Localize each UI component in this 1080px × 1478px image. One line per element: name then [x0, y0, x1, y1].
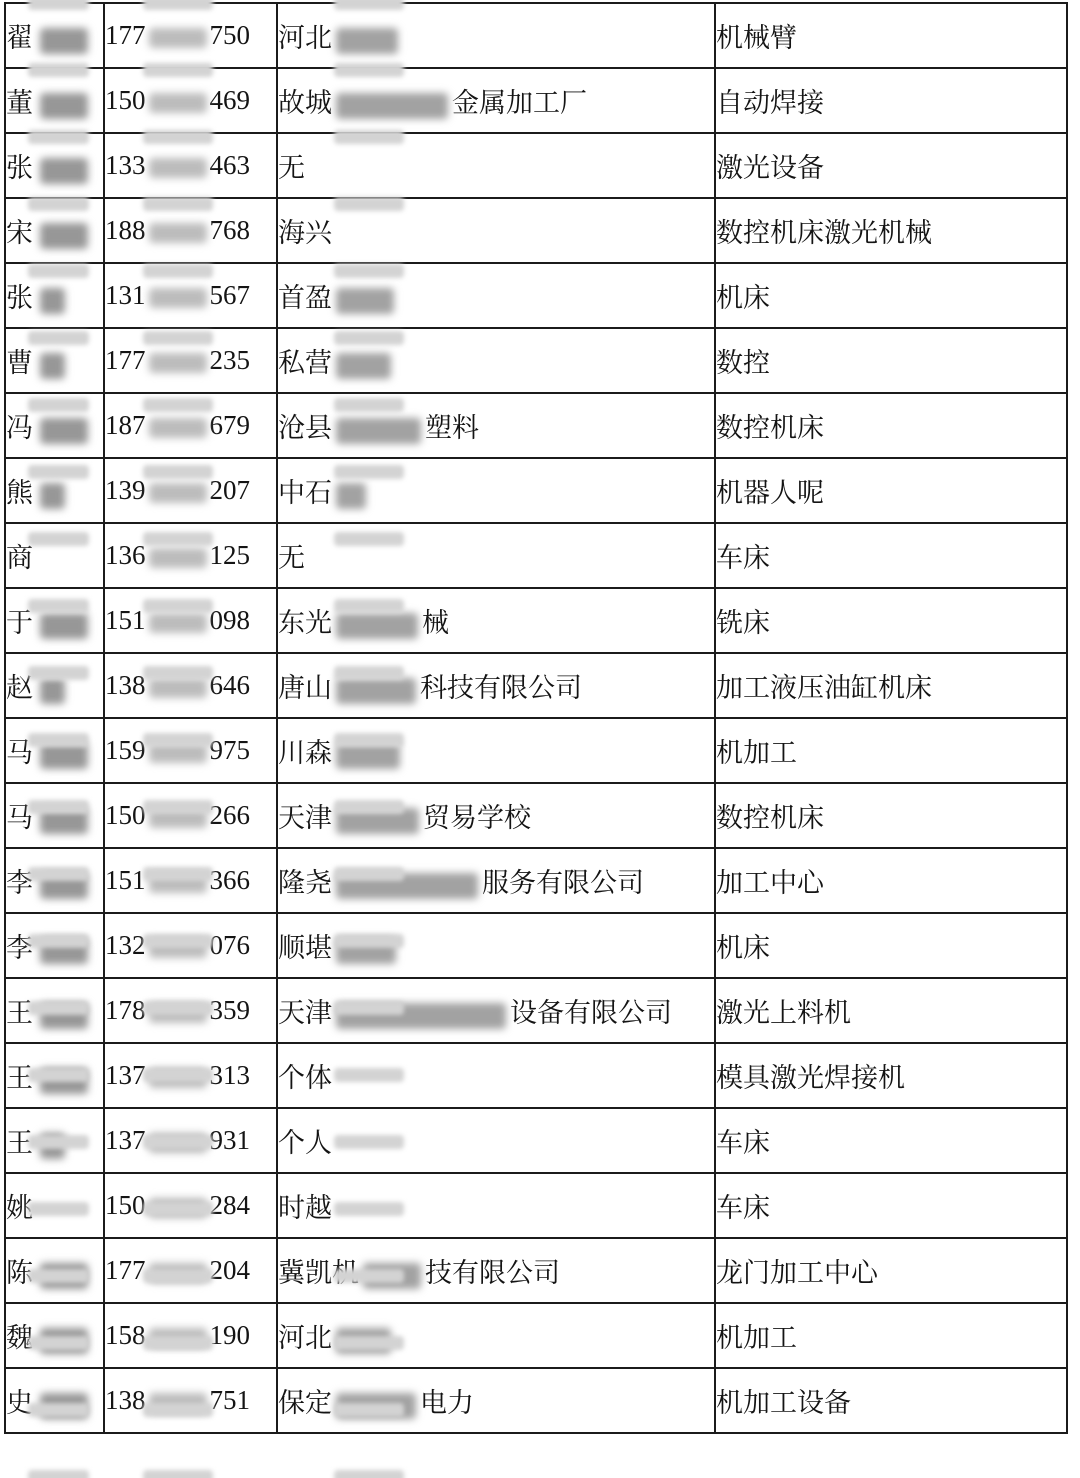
product-cell: 数控机床激光机械 [715, 198, 1067, 263]
blur-redaction-patch [143, 465, 213, 479]
blur-redaction-patch [143, 733, 213, 747]
phone-redaction-blob [149, 678, 207, 698]
surname-text: 冯 [6, 413, 33, 443]
phone-suffix-text: 284 [210, 1190, 251, 1220]
blur-redaction-patch [334, 1403, 404, 1417]
name-redaction-blob [40, 223, 88, 249]
name-redaction-blob [40, 678, 65, 704]
blur-redaction-patch [334, 934, 404, 948]
name-redaction-blob [40, 288, 65, 314]
product-cell: 模具激光焊接机 [715, 1043, 1067, 1108]
scanned-contact-table-page: 翟177750河北机械臂董150469故城金属加工厂自动焊接张133463无激光… [0, 0, 1080, 1478]
blur-redaction-patch [334, 130, 404, 144]
phone-redaction-blob [149, 483, 207, 503]
product-text: 车床 [716, 1128, 770, 1158]
blur-redaction-patch [143, 331, 213, 345]
phone-redaction-blob [149, 353, 207, 373]
phone-suffix-text: 098 [210, 605, 251, 635]
table-row: 马150266天津贸易学校数控机床 [5, 783, 1067, 848]
product-text: 加工液压油缸机床 [716, 673, 932, 703]
blur-redaction-patch [334, 599, 404, 613]
phone-suffix-text: 204 [210, 1255, 251, 1285]
blur-redaction-patch [28, 1403, 89, 1417]
phone-suffix-text: 359 [210, 995, 251, 1025]
phone-suffix-text: 567 [210, 280, 251, 310]
product-text: 激光上料机 [716, 998, 851, 1028]
product-cell: 机加工 [715, 1303, 1067, 1368]
blur-redaction-patch [334, 733, 404, 747]
company-suffix-text: 贸易学校 [423, 803, 531, 833]
product-cell: 机加工设备 [715, 1368, 1067, 1433]
company-prefix-text: 时越 [278, 1193, 332, 1223]
product-cell: 加工液压油缸机床 [715, 653, 1067, 718]
phone-suffix-text: 076 [210, 930, 251, 960]
blur-redaction-patch [143, 264, 213, 278]
blur-redaction-patch [143, 1135, 213, 1149]
phone-suffix-text: 768 [210, 215, 251, 245]
phone-suffix-text: 646 [210, 670, 251, 700]
phone-prefix-text: 150 [105, 800, 146, 830]
phone-prefix-text: 158 [105, 1320, 146, 1350]
blur-redaction-patch [143, 1001, 213, 1015]
phone-prefix-text: 187 [105, 410, 146, 440]
company-suffix-text: 电力 [420, 1388, 474, 1418]
name-redaction-blob [40, 613, 88, 639]
name-cell: 董 [5, 68, 104, 133]
company-redaction-blob [336, 613, 418, 639]
product-text: 车床 [716, 1193, 770, 1223]
blur-redaction-patch [28, 465, 89, 479]
name-redaction-blob [40, 483, 65, 509]
blur-redaction-patch [28, 800, 89, 814]
phone-prefix-text: 131 [105, 280, 146, 310]
phone-cell: 177750 [104, 3, 277, 68]
blur-redaction-patch [334, 1470, 404, 1478]
product-cell: 车床 [715, 1173, 1067, 1238]
company-redaction-blob [336, 288, 394, 314]
blur-redaction-patch [143, 934, 213, 948]
company-prefix-text: 河北 [278, 23, 332, 53]
product-cell: 自动焊接 [715, 68, 1067, 133]
blur-redaction-patch [143, 532, 213, 546]
phone-prefix-text: 137 [105, 1125, 146, 1155]
phone-prefix-text: 159 [105, 735, 146, 765]
company-suffix-text: 械 [422, 608, 449, 638]
product-text: 机加工设备 [716, 1388, 851, 1418]
product-cell: 数控机床 [715, 783, 1067, 848]
company-cell: 保定电力 [277, 1368, 715, 1433]
phone-suffix-text: 469 [210, 85, 251, 115]
company-prefix-text: 天津 [278, 803, 332, 833]
name-cell: 马 [5, 718, 104, 783]
blur-redaction-patch [28, 331, 89, 345]
phone-prefix-text: 150 [105, 85, 146, 115]
product-cell: 龙门加工中心 [715, 1238, 1067, 1303]
phone-prefix-text: 177 [105, 1255, 146, 1285]
table-row: 赵138646唐山科技有限公司加工液压油缸机床 [5, 653, 1067, 718]
company-cell: 故城金属加工厂 [277, 68, 715, 133]
company-prefix-text: 私营 [278, 348, 332, 378]
blur-redaction-patch [334, 1001, 404, 1015]
product-text: 车床 [716, 543, 770, 573]
company-prefix-text: 唐山 [278, 673, 332, 703]
company-prefix-text: 中石 [278, 478, 332, 508]
blur-redaction-patch [28, 1269, 89, 1283]
phone-prefix-text: 132 [105, 930, 146, 960]
product-cell: 机加工 [715, 718, 1067, 783]
contact-table-body: 翟177750河北机械臂董150469故城金属加工厂自动焊接张133463无激光… [5, 3, 1067, 1433]
phone-suffix-text: 751 [210, 1385, 251, 1415]
product-cell: 数控机床 [715, 393, 1067, 458]
blur-redaction-patch [334, 867, 404, 881]
blur-redaction-patch [143, 1068, 213, 1082]
blur-redaction-patch [334, 1135, 404, 1149]
phone-suffix-text: 975 [210, 735, 251, 765]
blur-redaction-patch [28, 733, 89, 747]
company-suffix-text: 金属加工厂 [452, 88, 587, 118]
name-redaction-blob [40, 158, 88, 184]
phone-cell: 151098 [104, 588, 277, 653]
company-cell: 天津贸易学校 [277, 783, 715, 848]
name-redaction-blob [40, 28, 88, 54]
product-text: 机加工 [716, 1323, 797, 1353]
product-text: 自动焊接 [716, 88, 824, 118]
surname-text: 翟 [6, 23, 33, 53]
name-cell: 翟 [5, 3, 104, 68]
company-prefix-text: 个人 [278, 1128, 332, 1158]
product-text: 龙门加工中心 [716, 1258, 878, 1288]
blur-redaction-patch [334, 1336, 404, 1350]
blur-redaction-patch [143, 197, 213, 211]
phone-suffix-text: 190 [210, 1320, 251, 1350]
name-redaction-blob [40, 93, 88, 119]
company-cell: 川森 [277, 718, 715, 783]
blur-redaction-patch [334, 666, 404, 680]
phone-prefix-text: 151 [105, 605, 146, 635]
company-redaction-blob [336, 418, 421, 444]
company-prefix-text: 隆尧 [278, 868, 332, 898]
blur-redaction-patch [28, 130, 89, 144]
blur-redaction-patch [143, 867, 213, 881]
product-text: 机加工 [716, 738, 797, 768]
company-prefix-text: 川森 [278, 738, 332, 768]
phone-redaction-blob [149, 613, 207, 633]
phone-redaction-blob [149, 28, 207, 48]
blur-redaction-patch [28, 1470, 89, 1478]
surname-text: 董 [6, 88, 33, 118]
blur-redaction-patch [143, 1403, 213, 1417]
company-suffix-text: 塑料 [425, 413, 479, 443]
product-cell: 加工中心 [715, 848, 1067, 913]
company-suffix-text: 技有限公司 [425, 1258, 560, 1288]
blur-redaction-patch [28, 1068, 89, 1082]
company-redaction-blob [336, 678, 416, 704]
company-prefix-text: 东光 [278, 608, 332, 638]
surname-text: 曹 [6, 348, 33, 378]
product-text: 铣床 [716, 608, 770, 638]
product-text: 加工中心 [716, 868, 824, 898]
phone-prefix-text: 139 [105, 475, 146, 505]
product-text: 机器人呢 [716, 478, 824, 508]
company-prefix-text: 沧县 [278, 413, 332, 443]
name-redaction-blob [40, 418, 88, 444]
blur-redaction-patch [334, 1202, 404, 1216]
blur-redaction-patch [143, 398, 213, 412]
product-text: 机械臂 [716, 23, 797, 53]
product-text: 数控机床激光机械 [716, 218, 932, 248]
surname-text: 商 [6, 543, 33, 573]
company-cell: 河北 [277, 3, 715, 68]
phone-suffix-text: 750 [210, 20, 251, 50]
table-row: 史138751保定电力机加工设备 [5, 1368, 1067, 1433]
blur-redaction-patch [334, 1068, 404, 1082]
surname-text: 于 [6, 608, 33, 638]
phone-prefix-text: 151 [105, 865, 146, 895]
phone-suffix-text: 266 [210, 800, 251, 830]
name-cell: 于 [5, 588, 104, 653]
name-redaction-blob [40, 353, 65, 379]
blur-redaction-patch [143, 1269, 213, 1283]
blur-redaction-patch [28, 1202, 89, 1216]
product-cell: 机床 [715, 913, 1067, 978]
phone-suffix-text: 366 [210, 865, 251, 895]
phone-redaction-blob [149, 158, 207, 178]
phone-prefix-text: 178 [105, 995, 146, 1025]
surname-text: 熊 [6, 478, 33, 508]
blur-redaction-patch [334, 63, 404, 77]
company-prefix-text: 个体 [278, 1063, 332, 1093]
phone-cell: 138646 [104, 653, 277, 718]
blur-redaction-patch [334, 398, 404, 412]
phone-suffix-text: 207 [210, 475, 251, 505]
phone-cell: 138751 [104, 1368, 277, 1433]
company-cell: 东光械 [277, 588, 715, 653]
company-prefix-text: 河北 [278, 1323, 332, 1353]
company-cell: 唐山科技有限公司 [277, 653, 715, 718]
product-cell: 车床 [715, 1108, 1067, 1173]
blur-redaction-patch [28, 0, 89, 10]
blur-redaction-patch [143, 0, 213, 10]
blur-redaction-patch [334, 0, 404, 10]
product-cell: 机器人呢 [715, 458, 1067, 523]
phone-prefix-text: 133 [105, 150, 146, 180]
company-suffix-text: 服务有限公司 [482, 868, 644, 898]
name-cell: 赵 [5, 653, 104, 718]
company-prefix-text: 首盈 [278, 283, 332, 313]
table-row: 马159975川森机加工 [5, 718, 1067, 783]
blur-redaction-patch [28, 867, 89, 881]
blur-redaction-patch [143, 800, 213, 814]
table-row: 翟177750河北机械臂 [5, 3, 1067, 68]
product-cell: 铣床 [715, 588, 1067, 653]
product-text: 数控机床 [716, 803, 824, 833]
phone-suffix-text: 313 [210, 1060, 251, 1090]
company-redaction-blob [336, 353, 391, 379]
blur-redaction-patch [334, 197, 404, 211]
blur-redaction-patch [334, 800, 404, 814]
product-cell: 车床 [715, 523, 1067, 588]
company-prefix-text: 天津 [278, 998, 332, 1028]
product-text: 模具激光焊接机 [716, 1063, 905, 1093]
contact-table: 翟177750河北机械臂董150469故城金属加工厂自动焊接张133463无激光… [4, 2, 1068, 1434]
name-cell: 马 [5, 783, 104, 848]
product-cell: 激光设备 [715, 133, 1067, 198]
blur-redaction-patch [28, 934, 89, 948]
company-prefix-text: 海兴 [278, 218, 332, 248]
phone-redaction-blob [149, 548, 207, 568]
blur-redaction-patch [334, 264, 404, 278]
blur-redaction-patch [28, 1001, 89, 1015]
company-prefix-text: 顺堪 [278, 933, 332, 963]
product-cell: 数控 [715, 328, 1067, 393]
blur-redaction-patch [143, 599, 213, 613]
blur-redaction-patch [28, 666, 89, 680]
product-text: 机床 [716, 283, 770, 313]
phone-suffix-text: 679 [210, 410, 251, 440]
product-cell: 机械臂 [715, 3, 1067, 68]
table-row: 于151098东光械铣床 [5, 588, 1067, 653]
blur-redaction-patch [28, 264, 89, 278]
product-text: 机床 [716, 933, 770, 963]
company-prefix-text: 保定 [278, 1388, 332, 1418]
blur-redaction-patch [28, 197, 89, 211]
blur-redaction-patch [334, 465, 404, 479]
blur-redaction-patch [143, 63, 213, 77]
blur-redaction-patch [143, 1470, 213, 1478]
phone-cell: 159975 [104, 718, 277, 783]
company-suffix-text: 科技有限公司 [420, 673, 582, 703]
phone-prefix-text: 138 [105, 1385, 146, 1415]
name-cell: 史 [5, 1368, 104, 1433]
phone-suffix-text: 463 [210, 150, 251, 180]
phone-prefix-text: 137 [105, 1060, 146, 1090]
phone-cell: 150266 [104, 783, 277, 848]
phone-suffix-text: 235 [210, 345, 251, 375]
phone-redaction-blob [149, 288, 207, 308]
blur-redaction-patch [28, 599, 89, 613]
product-text: 激光设备 [716, 153, 824, 183]
company-prefix-text: 无 [278, 153, 305, 183]
blur-redaction-patch [28, 1135, 89, 1149]
company-prefix-text: 故城 [278, 88, 332, 118]
phone-prefix-text: 150 [105, 1190, 146, 1220]
blur-redaction-patch [28, 532, 89, 546]
blur-redaction-patch [143, 130, 213, 144]
blur-redaction-patch [143, 1336, 213, 1350]
blur-redaction-patch [143, 666, 213, 680]
phone-suffix-text: 125 [210, 540, 251, 570]
company-prefix-text: 无 [278, 543, 305, 573]
company-suffix-text: 设备有限公司 [510, 998, 672, 1028]
blur-redaction-patch [28, 398, 89, 412]
product-text: 数控 [716, 348, 770, 378]
company-redaction-blob [336, 93, 448, 119]
blur-redaction-patch [143, 1202, 213, 1216]
phone-cell: 150469 [104, 68, 277, 133]
phone-redaction-blob [149, 223, 207, 243]
surname-text: 张 [6, 283, 33, 313]
phone-prefix-text: 177 [105, 345, 146, 375]
blur-redaction-patch [28, 63, 89, 77]
phone-suffix-text: 931 [210, 1125, 251, 1155]
phone-redaction-blob [149, 418, 207, 438]
product-text: 数控机床 [716, 413, 824, 443]
surname-text: 张 [6, 153, 33, 183]
product-cell: 机床 [715, 263, 1067, 328]
company-redaction-blob [336, 483, 366, 509]
phone-prefix-text: 136 [105, 540, 146, 570]
phone-prefix-text: 188 [105, 215, 146, 245]
phone-redaction-blob [149, 93, 207, 113]
blur-redaction-patch [28, 1336, 89, 1350]
phone-prefix-text: 138 [105, 670, 146, 700]
company-redaction-blob [336, 28, 398, 54]
phone-prefix-text: 177 [105, 20, 146, 50]
blur-redaction-patch [334, 532, 404, 546]
blur-redaction-patch [334, 1269, 404, 1283]
product-cell: 激光上料机 [715, 978, 1067, 1043]
surname-text: 宋 [6, 218, 33, 248]
table-row: 董150469故城金属加工厂自动焊接 [5, 68, 1067, 133]
blur-redaction-patch [334, 331, 404, 345]
